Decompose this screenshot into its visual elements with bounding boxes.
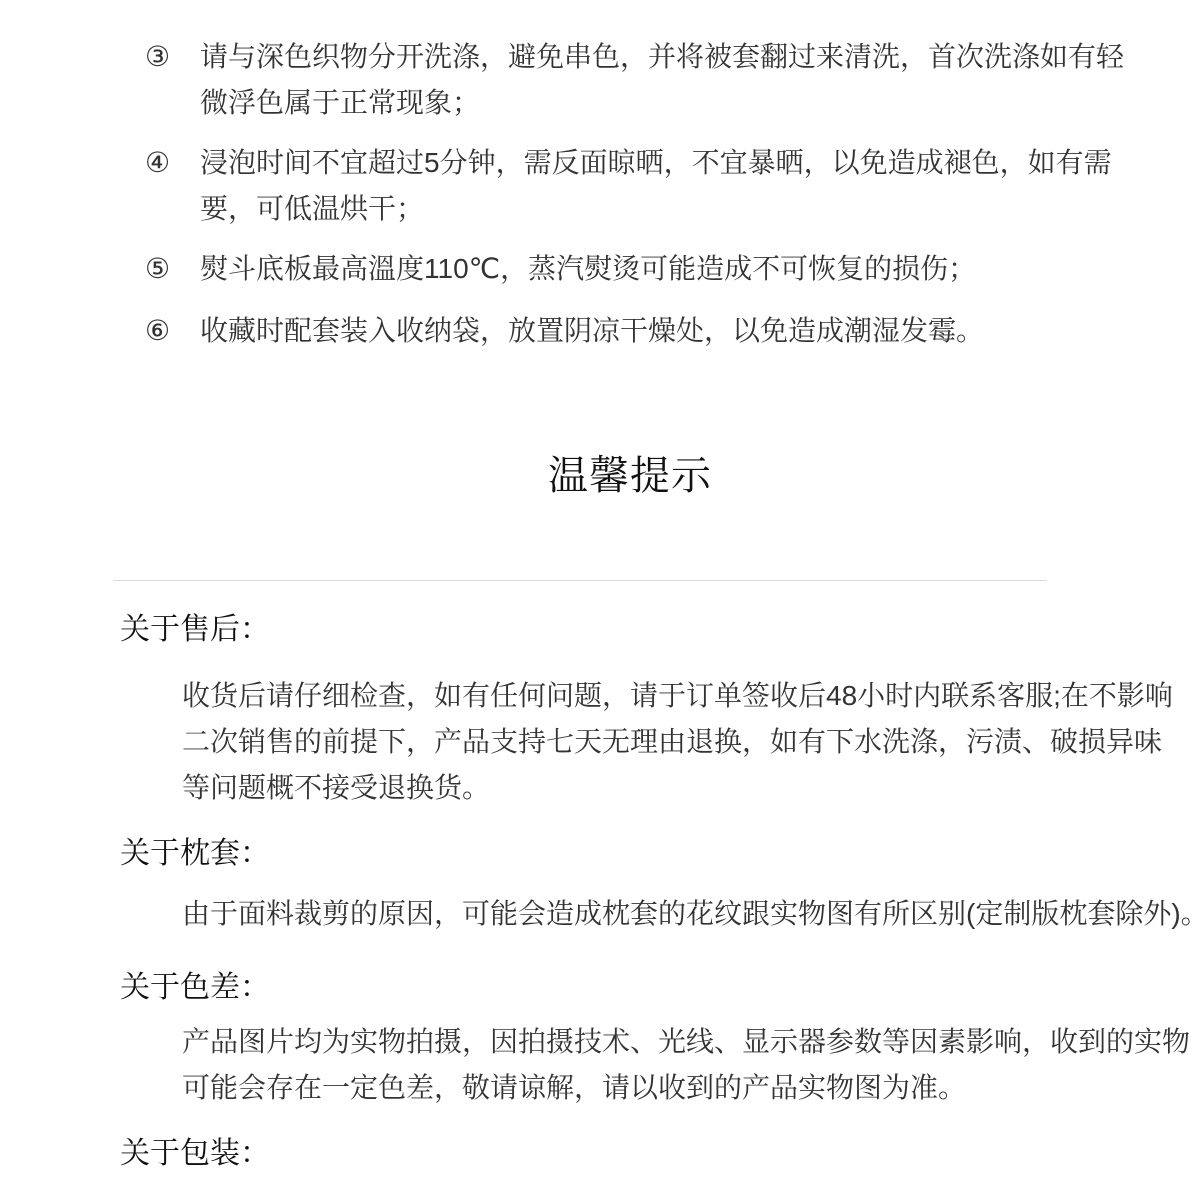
color-difference-line-2: 可能会存在一定色差，敬请谅解，请以收到的产品实物图为准。 xyxy=(182,1065,1140,1111)
circled-number-6: ⑥ xyxy=(145,308,200,354)
care-instructions-list: ③ 请与深色织物分开洗涤，避免串色，并将被套翻过来清洗，首次洗涤如有轻 微浮色属… xyxy=(120,34,1140,354)
care-item-3-line-1: 请与深色织物分开洗涤，避免串色，并将被套翻过来清洗，首次洗涤如有轻 xyxy=(200,34,1124,80)
section-para-pillowcase: 由于面料裁剪的原因，可能会造成枕套的花纹跟实物图有所区别(定制版枕套除外)。 xyxy=(182,891,1140,937)
divider-line xyxy=(113,580,1047,581)
section-heading-aftersale: 关于售后： xyxy=(120,609,1140,651)
section-heading-packaging: 关于包装： xyxy=(120,1133,1140,1175)
pillowcase-line-1: 由于面料裁剪的原因，可能会造成枕套的花纹跟实物图有所区别(定制版枕套除外)。 xyxy=(182,891,1140,937)
section-heading-color-difference: 关于色差： xyxy=(120,967,1140,1009)
circled-number-3: ③ xyxy=(145,34,200,80)
section-para-color-difference: 产品图片均为实物拍摄，因拍摄技术、光线、显示器参数等因素影响，收到的实物 可能会… xyxy=(182,1019,1140,1111)
care-item-6-line-1: 收藏时配套装入收纳袋，放置阴凉干燥处，以免造成潮湿发霉。 xyxy=(200,308,984,354)
care-item-3: ③ 请与深色织物分开洗涤，避免串色，并将被套翻过来清洗，首次洗涤如有轻 微浮色属… xyxy=(120,34,1140,126)
care-item-6: ⑥ 收藏时配套装入收纳袋，放置阴凉干燥处，以免造成潮湿发霉。 xyxy=(120,308,1140,354)
care-item-4-line-2: 要，可低温烘干； xyxy=(200,186,1112,232)
color-difference-line-1: 产品图片均为实物拍摄，因拍摄技术、光线、显示器参数等因素影响，收到的实物 xyxy=(182,1019,1140,1065)
care-item-3-line-2: 微浮色属于正常现象； xyxy=(200,80,1124,126)
care-item-4-text: 浸泡时间不宜超过5分钟，需反面晾晒，不宜暴晒，以免造成褪色，如有需 要，可低温烘… xyxy=(200,140,1112,232)
circled-number-4: ④ xyxy=(145,140,200,186)
care-item-3-text: 请与深色织物分开洗涤，避免串色，并将被套翻过来清洗，首次洗涤如有轻 微浮色属于正… xyxy=(200,34,1124,126)
aftersale-line-1: 收货后请仔细检查，如有任何问题，请于订单签收后48小时内联系客服;在不影响 xyxy=(182,673,1140,719)
section-heading-pillowcase: 关于枕套： xyxy=(120,833,1140,875)
care-item-5: ⑤ 熨斗底板最高溫度110℃，蒸汽熨烫可能造成不可恢复的损伤； xyxy=(120,246,1140,292)
care-item-4-line-1: 浸泡时间不宜超过5分钟，需反面晾晒，不宜暴晒，以免造成褪色，如有需 xyxy=(200,140,1112,186)
aftersale-line-3: 等问题概不接受退换货。 xyxy=(182,765,1140,811)
care-item-6-text: 收藏时配套装入收纳袋，放置阴凉干燥处，以免造成潮湿发霉。 xyxy=(200,308,984,354)
section-para-aftersale: 收货后请仔细检查，如有任何问题，请于订单签收后48小时内联系客服;在不影响 二次… xyxy=(182,673,1140,811)
care-item-5-line-1: 熨斗底板最高溫度110℃，蒸汽熨烫可能造成不可恢复的损伤； xyxy=(200,246,976,292)
page-title: 温馨提示 xyxy=(120,448,1140,504)
circled-number-5: ⑤ xyxy=(145,246,200,292)
aftersale-line-2: 二次销售的前提下，产品支持七天无理由退换，如有下水洗涤，污渍、破损异味 xyxy=(182,719,1140,765)
care-item-5-text: 熨斗底板最高溫度110℃，蒸汽熨烫可能造成不可恢复的损伤； xyxy=(200,246,976,292)
care-item-4: ④ 浸泡时间不宜超过5分钟，需反面晾晒，不宜暴晒，以免造成褪色，如有需 要，可低… xyxy=(120,140,1140,232)
product-description-page: ③ 请与深色织物分开洗涤，避免串色，并将被套翻过来清洗，首次洗涤如有轻 微浮色属… xyxy=(0,0,1200,1200)
